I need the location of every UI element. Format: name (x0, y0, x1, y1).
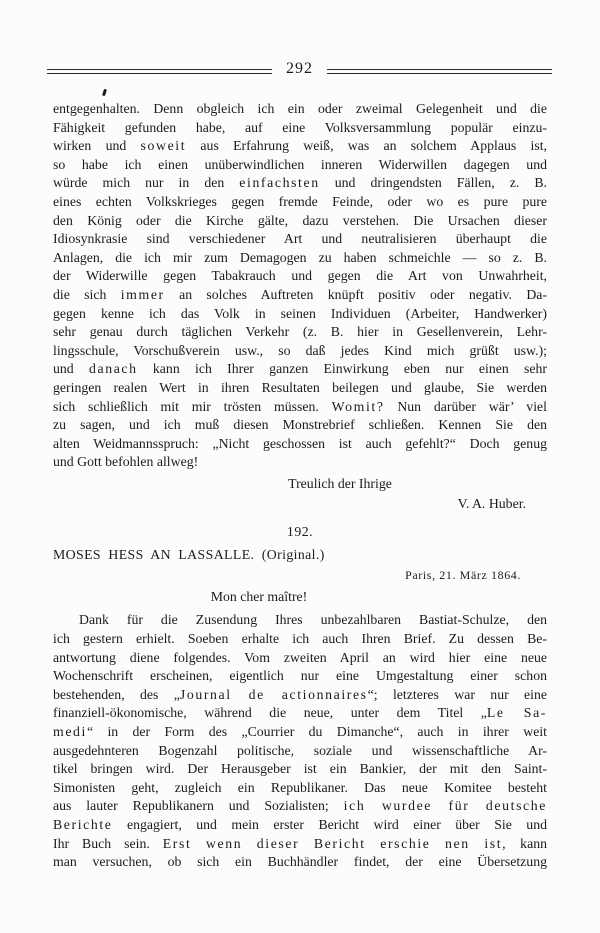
dateline: Paris, 21. März 1864. (53, 566, 547, 585)
text-line: man versuchen, ob sich ein Buchhändler f… (53, 853, 547, 872)
page-body: entgegenhalten. Denn obgleich ich ein od… (53, 100, 547, 872)
text-line: eines echten Volkskrieges gegen fremde F… (53, 193, 547, 212)
text-line: Anlagen, die ich mir zum Demagogen zu ha… (53, 249, 547, 268)
letterspaced-text: einfachsten (239, 175, 319, 190)
letterspaced-text: soweit (141, 138, 187, 153)
section-number: 192. (53, 523, 547, 542)
text-line: zu sagen, und ich muß diesen Monstrebrie… (53, 416, 547, 435)
text-line: wirken und soweit aus Erfahrung weiß, wa… (53, 137, 547, 156)
text-line: alten Weidmannsspruch: „Nicht geschossen… (53, 435, 547, 454)
signature: V. A. Huber. (53, 495, 547, 514)
text-line: gegen kenne ich das Volk in seinen Indiv… (53, 305, 547, 324)
text-line: der Widerwille gegen Tabakrauch und gege… (53, 267, 547, 286)
text-line: medi“ in der Form des „Courrier du Diman… (53, 723, 547, 742)
text-line: und danach kann ich Ihrer ganzen Einwirk… (53, 360, 547, 379)
letterspaced-text: Womit? (332, 399, 385, 414)
running-head: 292 (47, 63, 552, 79)
closing-line: Treulich der Ihrige (93, 475, 587, 494)
letterspaced-text: danach (89, 361, 138, 376)
paragraph-hess-letter: Dank für die Zusendung Ihres unbezahlbar… (53, 611, 547, 871)
text-line: und Gott befohlen allweg! (53, 453, 547, 472)
text-line: aus lauter Republikanern und Sozialisten… (53, 797, 547, 816)
text-line: Idiosynkrasie sind verschiedener Art und… (53, 230, 547, 249)
letterspaced-text: Journal de actionnaires (180, 687, 368, 702)
text-line: Simonisten geht, zugleich ein Republikan… (53, 779, 547, 798)
header-rule-right (327, 69, 552, 74)
text-line: finanziell-ökonomische, während die neue… (53, 704, 547, 723)
text-line: Wochenschrift erscheinen, eigentlich nur… (53, 667, 547, 686)
page-number: 292 (272, 61, 327, 77)
salutation: Mon cher maître! (12, 588, 506, 607)
text-line: tikel bringen wird. Der Herausgeber ist … (53, 760, 547, 779)
letterspaced-text: Le Sa- (487, 705, 547, 720)
text-line: sehr genau durch täglichen Verkehr (z. B… (53, 323, 547, 342)
text-line: geringen realen Wert in ihren Resultaten… (53, 379, 547, 398)
text-line: ich gestern erhielt. Soeben erhalte ich … (53, 630, 547, 649)
text-line: den König oder die Kirche gälte, dazu ve… (53, 212, 547, 231)
paragraph-huber-letter: entgegenhalten. Denn obgleich ich ein od… (53, 100, 547, 472)
letterspaced-text: Erst wenn dieser Bericht erschie nen ist… (163, 836, 507, 851)
letterspaced-text: immer (121, 287, 165, 302)
letterspaced-text: ich wurdee für deutsche (344, 798, 547, 813)
text-line: die sich immer an solches Auftreten knüp… (53, 286, 547, 305)
text-line: lingsschule, Vorschußverein usw., so daß… (53, 342, 547, 361)
text-line: ausgedehnteren Bogenzahl politische, soz… (53, 742, 547, 761)
text-line: Dank für die Zusendung Ihres unbezahlbar… (53, 611, 547, 630)
text-line: würde mich nur in den einfachsten und dr… (53, 174, 547, 193)
letterspaced-text: medi (53, 724, 87, 739)
text-line: Fähigkeit gefunden habe, auf eine Volksv… (53, 119, 547, 138)
letterspaced-text: Berichte (53, 817, 113, 832)
text-line: so habe ich einen unüberwindlichen inner… (53, 156, 547, 175)
text-line: antwortung diene folgendes. Vom zweiten … (53, 649, 547, 668)
ink-speck (102, 89, 107, 97)
letter-heading: MOSES HESS AN LASSALLE. (Original.) (53, 546, 547, 565)
text-line: Berichte engagiert, und mein erster Beri… (53, 816, 547, 835)
text-line: Ihr Buch sein. Erst wenn dieser Bericht … (53, 835, 547, 854)
text-line: sich schließlich mit mir trösten müssen.… (53, 398, 547, 417)
text-line: bestehenden, des „Journal de actionnaire… (53, 686, 547, 705)
book-page: 292 entgegenhalten. Denn obgleich ich ei… (0, 0, 600, 933)
header-rule-left (47, 69, 272, 74)
text-line: entgegenhalten. Denn obgleich ich ein od… (53, 100, 547, 119)
